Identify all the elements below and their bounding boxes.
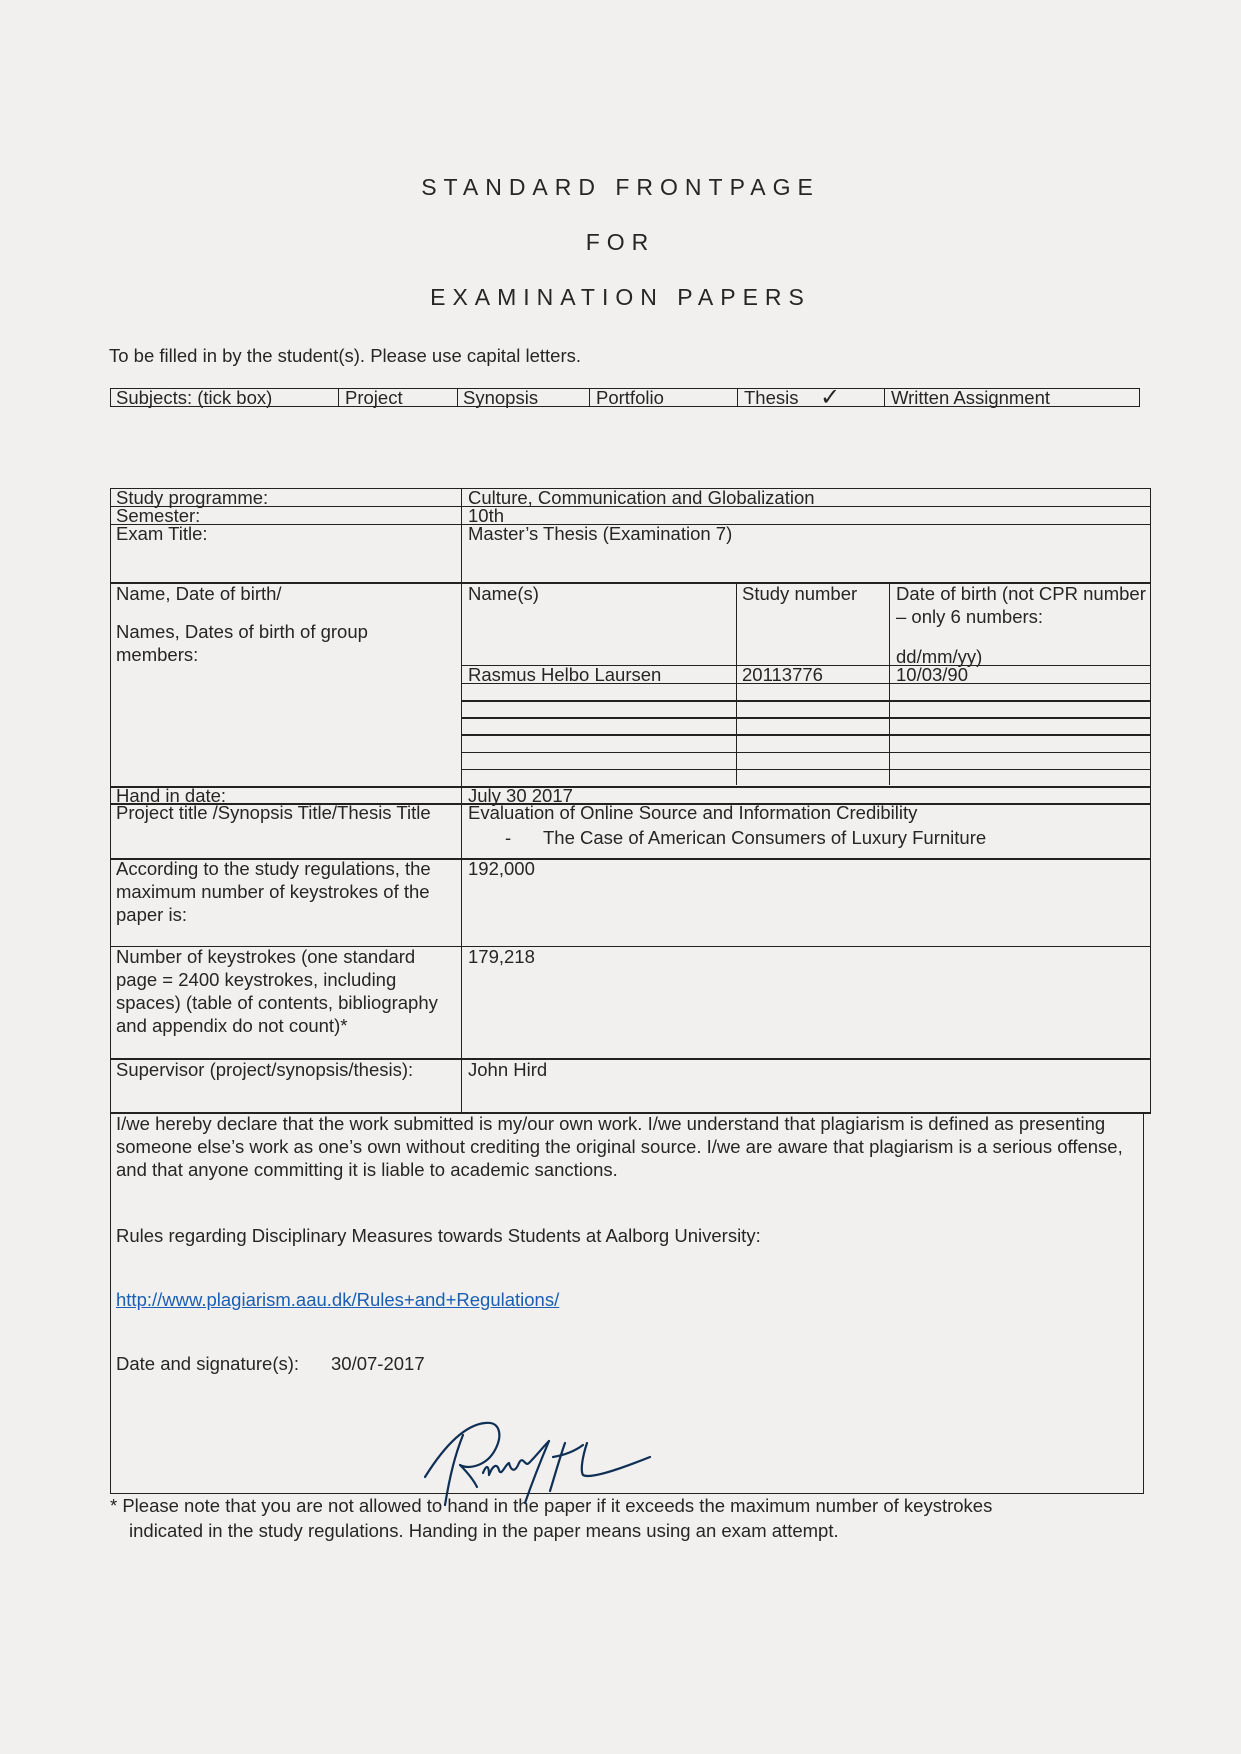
date-signature-label: Date and signature(s): <box>116 1352 299 1375</box>
num-keystrokes-label: Number of keystrokes (one standard page … <box>116 945 456 1037</box>
instructions: To be filled in by the student(s). Pleas… <box>109 344 581 367</box>
member-name: Rasmus Helbo Laursen <box>468 663 661 686</box>
members-label-line2: Names, Dates of birth of group members: <box>116 620 436 666</box>
title-line-3: EXAMINATION PAPERS <box>0 284 1241 311</box>
exam-title-value: Master’s Thesis (Examination 7) <box>468 522 732 545</box>
subject-option-thesis[interactable]: Thesis <box>744 386 799 409</box>
rules-link[interactable]: http://www.plagiarism.aau.dk/Rules+and+R… <box>116 1288 559 1311</box>
subject-option-synopsis[interactable]: Synopsis <box>463 386 538 409</box>
member-study-number: 20113776 <box>742 663 823 686</box>
signature-icon <box>415 1415 675 1515</box>
exam-title-label: Exam Title: <box>116 522 208 545</box>
subjects-label: Subjects: (tick box) <box>116 386 272 409</box>
study-programme-value: Culture, Communication and Globalization <box>468 486 815 509</box>
date-signature-value: 30/07-2017 <box>331 1352 425 1375</box>
num-keystrokes-value: 179,218 <box>468 945 535 968</box>
col-header-dob: Date of birth (not CPR number – only 6 n… <box>896 582 1146 628</box>
supervisor-label: Supervisor (project/synopsis/thesis): <box>116 1058 413 1081</box>
project-title-label: Project title /Synopsis Title/Thesis Tit… <box>116 801 446 824</box>
member-dob: 10/03/90 <box>896 663 968 686</box>
col-header-names: Name(s) <box>468 582 539 605</box>
subject-option-written-assignment[interactable]: Written Assignment <box>891 386 1050 409</box>
subject-option-project[interactable]: Project <box>345 386 403 409</box>
project-title-bullet: - <box>505 826 511 849</box>
declaration-text: I/we hereby declare that the work submit… <box>116 1112 1136 1181</box>
max-keystrokes-value: 192,000 <box>468 857 535 880</box>
max-keystrokes-label: According to the study regulations, the … <box>116 857 451 926</box>
project-title-line2: The Case of American Consumers of Luxury… <box>543 826 986 849</box>
supervisor-value: John Hird <box>468 1058 547 1081</box>
title-line-1: STANDARD FRONTPAGE <box>0 174 1241 201</box>
title-line-2: FOR <box>0 229 1241 256</box>
project-title-line1: Evaluation of Online Source and Informat… <box>468 801 917 824</box>
subject-option-portfolio[interactable]: Portfolio <box>596 386 664 409</box>
footnote-line2: indicated in the study regulations. Hand… <box>129 1519 839 1542</box>
members-label-line1: Name, Date of birth/ <box>116 582 282 605</box>
checkmark-icon: ✓ <box>820 383 840 412</box>
rules-label: Rules regarding Disciplinary Measures to… <box>116 1224 761 1247</box>
col-header-study-number: Study number <box>742 582 857 605</box>
